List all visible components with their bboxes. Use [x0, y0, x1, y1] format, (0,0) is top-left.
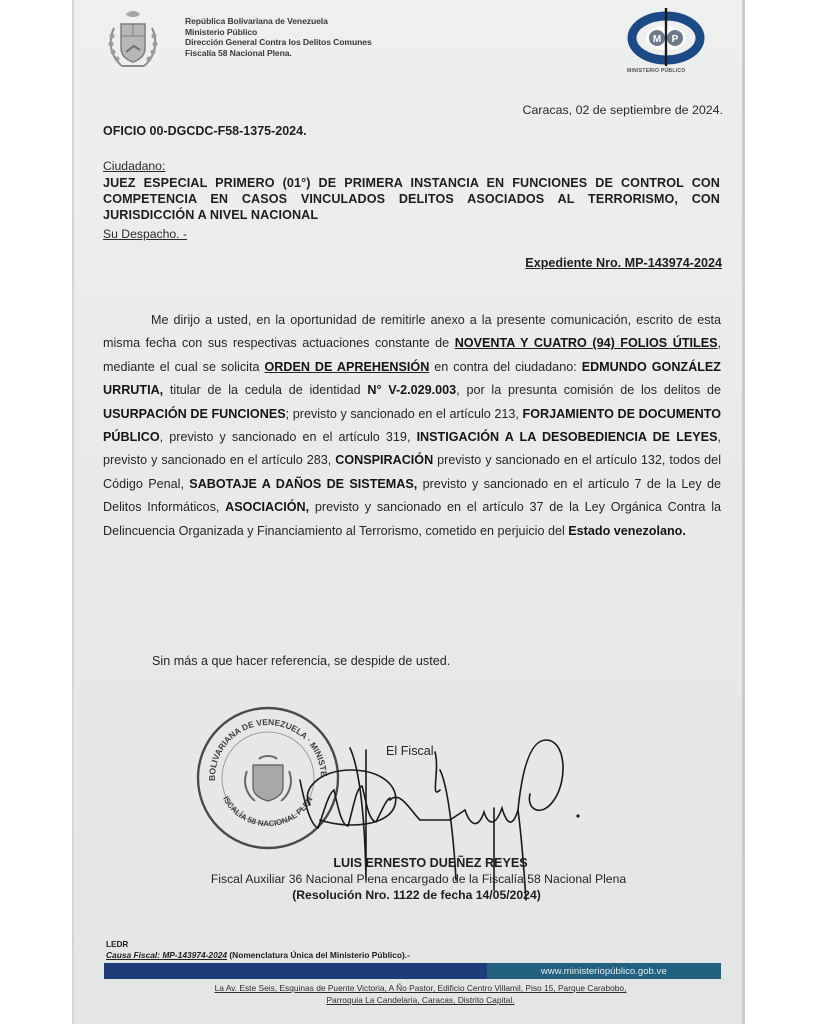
footer-band: www.ministeriopúblico.gob.ve [104, 963, 721, 979]
body-text-run: titular de la cedula de identidad [163, 383, 367, 397]
causa-note: (Nomenclatura Única del Ministerio Públi… [229, 950, 410, 960]
resolution-reference: (Resolución Nro. 1122 de fecha 14/05/202… [0, 888, 821, 902]
ministerio-publico-logo-icon: M P [624, 4, 708, 78]
body-paragraph-text: Me dirijo a usted, en la oportunidad de … [103, 309, 721, 543]
emphasized-text: N° V-2.029.003 [367, 383, 456, 397]
addressee-title: JUEZ ESPECIAL PRIMERO (01°) DE PRIMERA I… [103, 175, 720, 223]
salutation: Ciudadano: [103, 159, 165, 173]
emphasized-text: ORDEN DE APREHENSIÓN [264, 360, 429, 374]
svg-text:M: M [653, 34, 661, 45]
date-line: Caracas, 02 de septiembre de 2024. [523, 103, 723, 117]
institution-header: República Bolivariana de Venezuela Minis… [185, 16, 372, 58]
body-text-run: ; previsto y sancionado en el artículo 2… [286, 407, 523, 421]
causa-number: MP-143974-2024 [162, 950, 227, 960]
su-despacho: Su Despacho. - [103, 227, 187, 241]
address-line-2: Parroquia La Candelaria, Caracas, Distri… [0, 995, 821, 1007]
emphasized-text: ASOCIACIÓN, [225, 500, 309, 514]
coat-of-arms-icon [104, 6, 162, 74]
emphasized-text: NOVENTA Y CUATRO (94) FOLIOS ÚTILES [455, 336, 718, 350]
causa-label: Causa Fiscal: [106, 950, 160, 960]
oficio-number: OFICIO 00-DGCDC-F58-1375-2024. [103, 124, 307, 138]
header-line-fiscalia: Fiscalía 58 Nacional Plena. [185, 48, 372, 59]
body-text-run: en contra del ciudadano: [429, 360, 581, 374]
website-link[interactable]: www.ministeriopúblico.gob.ve [487, 963, 721, 979]
svg-text:P: P [672, 34, 679, 45]
signer-name: LUIS ERNESTO DUEÑEZ REYES [0, 856, 821, 870]
header-line-ministry: Ministerio Público [185, 27, 372, 38]
header-line-direction: Dirección General Contra los Delitos Com… [185, 37, 372, 48]
emphasized-text: SABOTAJE A DAÑOS DE SISTEMAS, [189, 477, 417, 491]
transcriber-initials: LEDR [106, 940, 128, 949]
address-line-1: La Av. Este Seis, Esquinas de Puente Vic… [0, 983, 821, 995]
emphasized-text: INSTIGACIÓN A LA DESOBEDIENCIA DE LEYES [417, 430, 718, 444]
emphasized-text: CONSPIRACIÓN [335, 453, 433, 467]
footer-address: La Av. Este Seis, Esquinas de Puente Vic… [0, 983, 821, 1006]
footer-band-dark [104, 963, 487, 979]
signer-role-text: Fiscal Auxiliar 36 Nacional Plena encarg… [211, 872, 626, 886]
resolution-text: (Resolución Nro. 1122 de fecha 14/05/202… [292, 888, 541, 902]
header-line-republic: República Bolivariana de Venezuela [185, 16, 372, 27]
body-text-run: , previsto y sancionado en el artículo 3… [160, 430, 417, 444]
logo-caption: MINISTERIO PÚBLICO [627, 68, 685, 74]
signer-name-text: LUIS ERNESTO DUEÑEZ REYES [333, 856, 527, 870]
signer-role: Fiscal Auxiliar 36 Nacional Plena encarg… [0, 872, 821, 886]
emphasized-text: USURPACIÓN DE FUNCIONES [103, 407, 286, 421]
emphasized-text: Estado venezolano. [568, 524, 686, 538]
closing-line: Sin más a que hacer referencia, se despi… [152, 654, 450, 668]
expediente-number: Expediente Nro. MP-143974-2024 [525, 256, 722, 270]
causa-fiscal: Causa Fiscal: MP-143974-2024 (Nomenclatu… [106, 950, 410, 960]
body-text-run: , por la presunta comisión de los delito… [456, 383, 721, 397]
body-paragraph: Me dirijo a usted, en la oportunidad de … [103, 309, 721, 543]
